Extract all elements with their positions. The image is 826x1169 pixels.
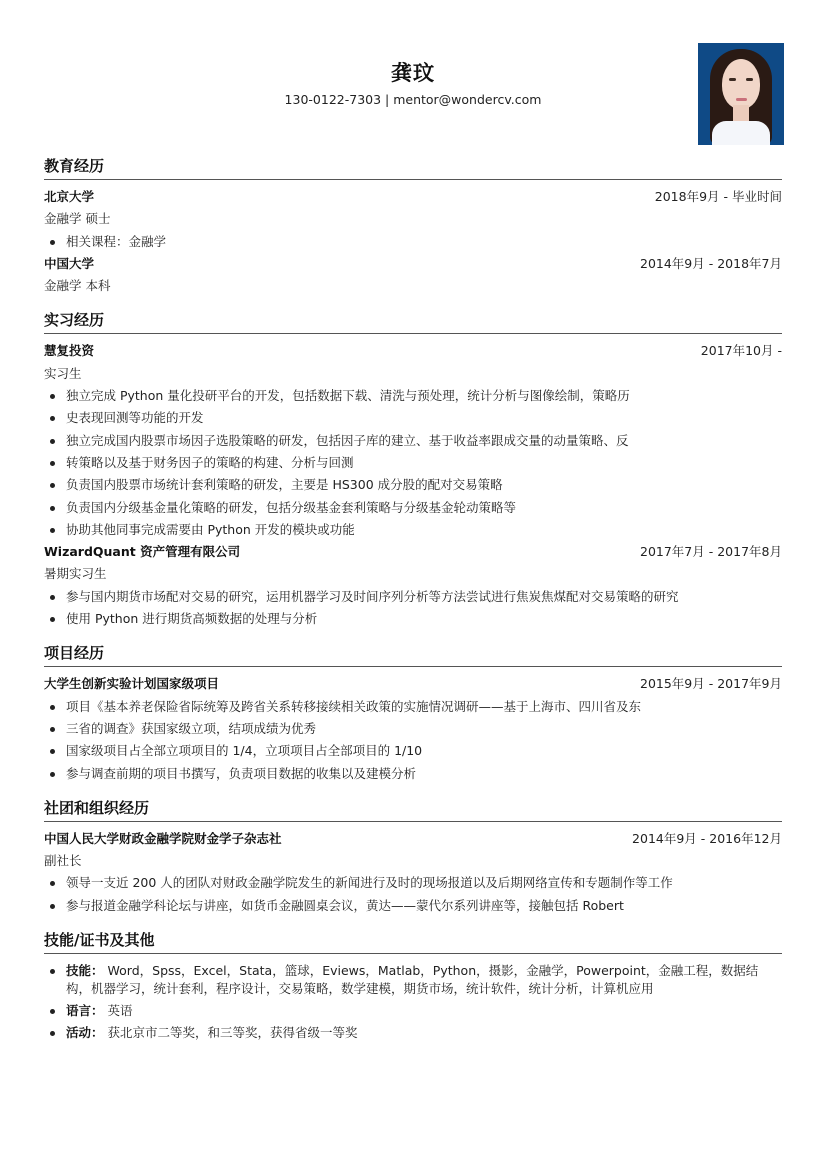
skills-item: 技能： Word，Spss，Excel，Stata，篮球，Eviews，Matl…: [44, 960, 782, 1000]
section-skills: 技能/证书及其他 技能： Word，Spss，Excel，Stata，篮球，Ev…: [44, 929, 782, 1045]
section-title: 社团和组织经历: [44, 797, 782, 822]
photo-mouth: [736, 98, 747, 101]
entry-date: 2017年7月 - 2017年8月: [640, 541, 782, 563]
entry-org: WizardQuant 资产管理有限公司: [44, 541, 240, 563]
entry-org: 慧复投资: [44, 340, 94, 362]
language-label: 语言：: [66, 1003, 104, 1018]
activity-label: 活动：: [66, 1025, 104, 1040]
entry-date: 2014年9月 - 2016年12月: [632, 828, 782, 850]
bullet-item: 领导一支近 200 人的团队对财政金融学院发生的新闻进行及时的现场报道以及后期网…: [44, 872, 782, 894]
entry-org: 中国大学: [44, 253, 94, 275]
photo-eye-right: [746, 78, 753, 81]
entry-org: 北京大学: [44, 186, 94, 208]
entry-subtitle: 实习生: [44, 363, 782, 385]
bullet-item: 负责国内股票市场统计套利策略的研发，主要是 HS300 成分股的配对交易策略: [44, 474, 782, 496]
entry-header: WizardQuant 资产管理有限公司 2017年7月 - 2017年8月: [44, 541, 782, 563]
skills-value: Word，Spss，Excel，Stata，篮球，Eviews，Matlab，P…: [66, 963, 758, 996]
entry-date: 2015年9月 - 2017年9月: [640, 673, 782, 695]
entry-header: 慧复投资 2017年10月 -: [44, 340, 782, 362]
section-title: 教育经历: [44, 155, 782, 180]
bullet-item: 参与国内期货市场配对交易的研究，运用机器学习及时间序列分析等方法尝试进行焦炭焦煤…: [44, 586, 782, 608]
language-value: 英语: [108, 1003, 133, 1018]
bullet-list: 项目《基本养老保险省际统筹及跨省关系转移接续相关政策的实施情况调研——基于上海市…: [44, 696, 782, 785]
bullet-item: 负责国内分级基金量化策略的研发，包括分级基金套利策略与分级基金轮动策略等: [44, 497, 782, 519]
section-education: 教育经历 北京大学 2018年9月 - 毕业时间 金融学 硕士 相关课程：金融学…: [44, 155, 782, 297]
entry-header: 大学生创新实验计划国家级项目 2015年9月 - 2017年9月: [44, 673, 782, 695]
activity-value: 获北京市二等奖，和三等奖，获得省级一等奖: [108, 1025, 358, 1040]
bullet-item: 转策略以及基于财务因子的策略的构建、分析与回测: [44, 452, 782, 474]
profile-photo: [698, 43, 784, 145]
bullet-item: 三省的调查》获国家级立项，结项成绩为优秀: [44, 718, 782, 740]
bullet-item: 国家级项目占全部立项项目的 1/4，立项项目占全部项目的 1/10: [44, 740, 782, 762]
bullet-item: 独立完成 Python 量化投研平台的开发，包括数据下载、清洗与预处理，统计分析…: [44, 385, 782, 407]
section-project: 项目经历 大学生创新实验计划国家级项目 2015年9月 - 2017年9月 项目…: [44, 642, 782, 784]
resume-page: 龚玟 130-0122-7303 | mentor@wondercv.com 教…: [44, 0, 782, 1045]
section-internship: 实习经历 慧复投资 2017年10月 - 实习生 独立完成 Python 量化投…: [44, 309, 782, 630]
entry-date: 2017年10月 -: [701, 340, 782, 362]
section-title: 技能/证书及其他: [44, 929, 782, 954]
bullet-item: 相关课程：金融学: [44, 231, 782, 253]
activity-item: 活动： 获北京市二等奖，和三等奖，获得省级一等奖: [44, 1022, 782, 1044]
bullet-item: 使用 Python 进行期货高频数据的处理与分析: [44, 608, 782, 630]
entry-header: 北京大学 2018年9月 - 毕业时间: [44, 186, 782, 208]
section-title: 项目经历: [44, 642, 782, 667]
entry-org: 大学生创新实验计划国家级项目: [44, 673, 219, 695]
entry-org: 中国人民大学财政金融学院财金学子杂志社: [44, 828, 282, 850]
skills-list: 技能： Word，Spss，Excel，Stata，篮球，Eviews，Matl…: [44, 960, 782, 1045]
entry-subtitle: 金融学 本科: [44, 275, 782, 297]
bullet-item: 独立完成国内股票市场因子选股策略的研发，包括因子库的建立、基于收益率跟成交量的动…: [44, 430, 782, 452]
bullet-item: 参与报道金融学科论坛与讲座，如货币金融圆桌会议，黄达——蒙代尔系列讲座等，接触包…: [44, 895, 782, 917]
entry-header: 中国人民大学财政金融学院财金学子杂志社 2014年9月 - 2016年12月: [44, 828, 782, 850]
entry-subtitle: 暑期实习生: [44, 563, 782, 585]
photo-eye-left: [729, 78, 736, 81]
contact-info: 130-0122-7303 | mentor@wondercv.com: [44, 92, 782, 107]
resume-header: 龚玟 130-0122-7303 | mentor@wondercv.com: [44, 0, 782, 150]
bullet-item: 参与调查前期的项目书撰写，负责项目数据的收集以及建模分析: [44, 763, 782, 785]
skills-label: 技能：: [66, 963, 104, 978]
section-title: 实习经历: [44, 309, 782, 334]
photo-face: [722, 59, 760, 109]
entry-date: 2014年9月 - 2018年7月: [640, 253, 782, 275]
bullet-item: 史表现回测等功能的开发: [44, 407, 782, 429]
entry-date: 2018年9月 - 毕业时间: [655, 186, 782, 208]
entry-header: 中国大学 2014年9月 - 2018年7月: [44, 253, 782, 275]
entry-subtitle: 金融学 硕士: [44, 208, 782, 230]
bullet-list: 参与国内期货市场配对交易的研究，运用机器学习及时间序列分析等方法尝试进行焦炭焦煤…: [44, 586, 782, 631]
bullet-list: 领导一支近 200 人的团队对财政金融学院发生的新闻进行及时的现场报道以及后期网…: [44, 872, 782, 917]
section-organization: 社团和组织经历 中国人民大学财政金融学院财金学子杂志社 2014年9月 - 20…: [44, 797, 782, 917]
bullet-item: 项目《基本养老保险省际统筹及跨省关系转移接续相关政策的实施情况调研——基于上海市…: [44, 696, 782, 718]
bullet-list: 相关课程：金融学: [44, 231, 782, 253]
photo-shirt: [712, 121, 770, 145]
candidate-name: 龚玟: [44, 57, 782, 87]
language-item: 语言： 英语: [44, 1000, 782, 1022]
entry-subtitle: 副社长: [44, 850, 782, 872]
bullet-list: 独立完成 Python 量化投研平台的开发，包括数据下载、清洗与预处理，统计分析…: [44, 385, 782, 541]
bullet-item: 协助其他同事完成需要由 Python 开发的模块或功能: [44, 519, 782, 541]
